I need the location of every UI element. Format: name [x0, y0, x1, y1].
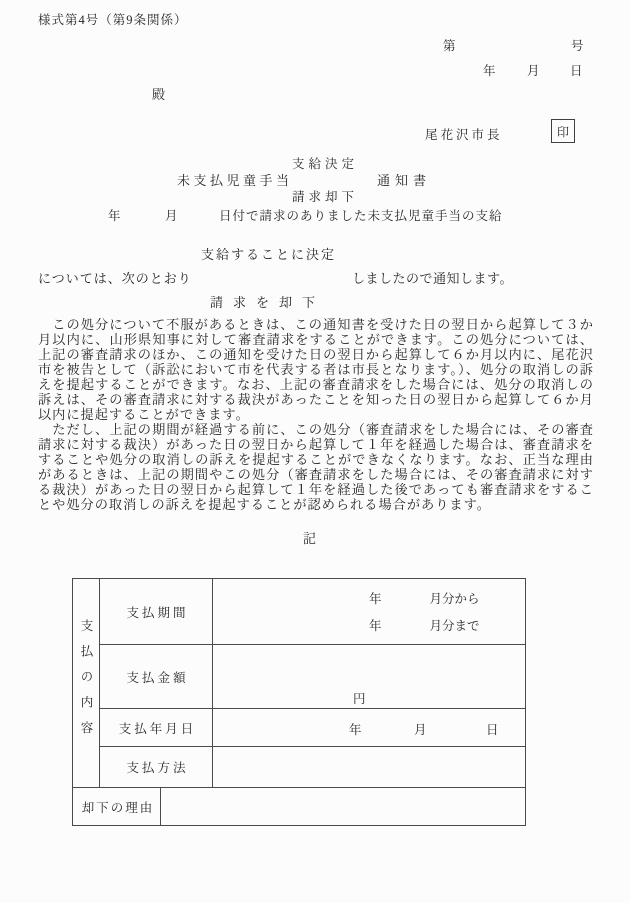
title-right: 通知書	[377, 170, 431, 189]
payment-period-to-year: 年	[369, 619, 382, 633]
appeal-paragraph-2: ただし、上記の期間が経過する前に、この処分（審査請求をした場合には、その審査請求…	[38, 422, 594, 512]
table-group-label-cell: 支払の内容	[73, 579, 100, 788]
payment-date-label-cell: 支払年月日	[100, 709, 213, 747]
appeal-paragraph-1: この処分について不服があるときは、この通知書を受けた日の翌日から起算して３か月以…	[38, 317, 594, 422]
payment-amount-label: 支払金額	[123, 668, 188, 686]
seal-mark: 印	[557, 123, 569, 140]
rejection-reason-label: 却下の理由	[79, 798, 155, 816]
payment-date-day: 日	[486, 720, 499, 738]
request-year-label: 年	[108, 206, 121, 224]
doc-number-prefix: 第	[443, 36, 456, 54]
table-group-label: 支払の内容	[77, 619, 95, 747]
payment-method-label-cell: 支払方法	[100, 747, 213, 788]
payment-period-from-year: 年	[369, 592, 382, 606]
decision-left-text: については、次のとおり	[38, 268, 192, 287]
payment-amount-unit: 円	[353, 689, 366, 707]
title-left: 未支払児童手当	[177, 170, 293, 189]
ki-marker: 記	[303, 528, 316, 547]
request-line-text: 日付で請求のありました未支払児童手当の支給	[219, 206, 503, 224]
date-year-label: 年	[483, 61, 496, 79]
issuer-name: 尾花沢市長	[425, 125, 503, 143]
doc-number-suffix: 号	[571, 36, 584, 54]
date-day-label: 日	[570, 61, 583, 79]
payment-method-value-cell	[213, 747, 525, 788]
title-option-reject: 請求却下	[292, 187, 358, 205]
rejection-reason-value-cell	[161, 788, 525, 825]
decision-option-grant: 支給することに決定	[201, 244, 336, 263]
payment-period-from-line: 年月分から	[369, 589, 480, 607]
decision-option-reject: 請求を却下	[210, 292, 325, 311]
payment-date-month: 月	[414, 720, 427, 738]
payment-date-year: 年	[349, 720, 362, 738]
payment-period-to-line: 年月分まで	[369, 616, 480, 634]
payment-period-value-cell: 年月分から 年月分まで	[213, 579, 525, 645]
payment-amount-label-cell: 支払金額	[100, 645, 213, 709]
title-option-grant: 支給決定	[292, 154, 358, 172]
payment-period-label-cell: 支払期間	[100, 579, 213, 645]
date-month-label: 月	[527, 61, 540, 79]
payment-amount-value-cell: 円	[213, 645, 525, 709]
rejection-reason-label-cell: 却下の理由	[73, 788, 161, 825]
payment-date-value-cell: 年 月 日	[213, 709, 525, 747]
payment-period-to-rest: 月分まで	[430, 619, 480, 633]
payment-details-table: 支払の内容 支払期間 年月分から 年月分まで 支払金額 円 支払年月日 年 月 …	[72, 578, 526, 826]
form-designation-label: 様式第4号（第9条関係）	[38, 10, 188, 28]
payment-method-label: 支払方法	[123, 758, 188, 776]
request-month-label: 月	[165, 206, 178, 224]
payment-date-label: 支払年月日	[116, 719, 197, 737]
seal-box: 印	[551, 119, 575, 143]
decision-right-text: しましたので通知します。	[352, 268, 513, 287]
addressee-honorific: 殿	[152, 84, 165, 103]
payment-period-from-rest: 月分から	[430, 592, 480, 606]
payment-period-label: 支払期間	[123, 603, 188, 621]
